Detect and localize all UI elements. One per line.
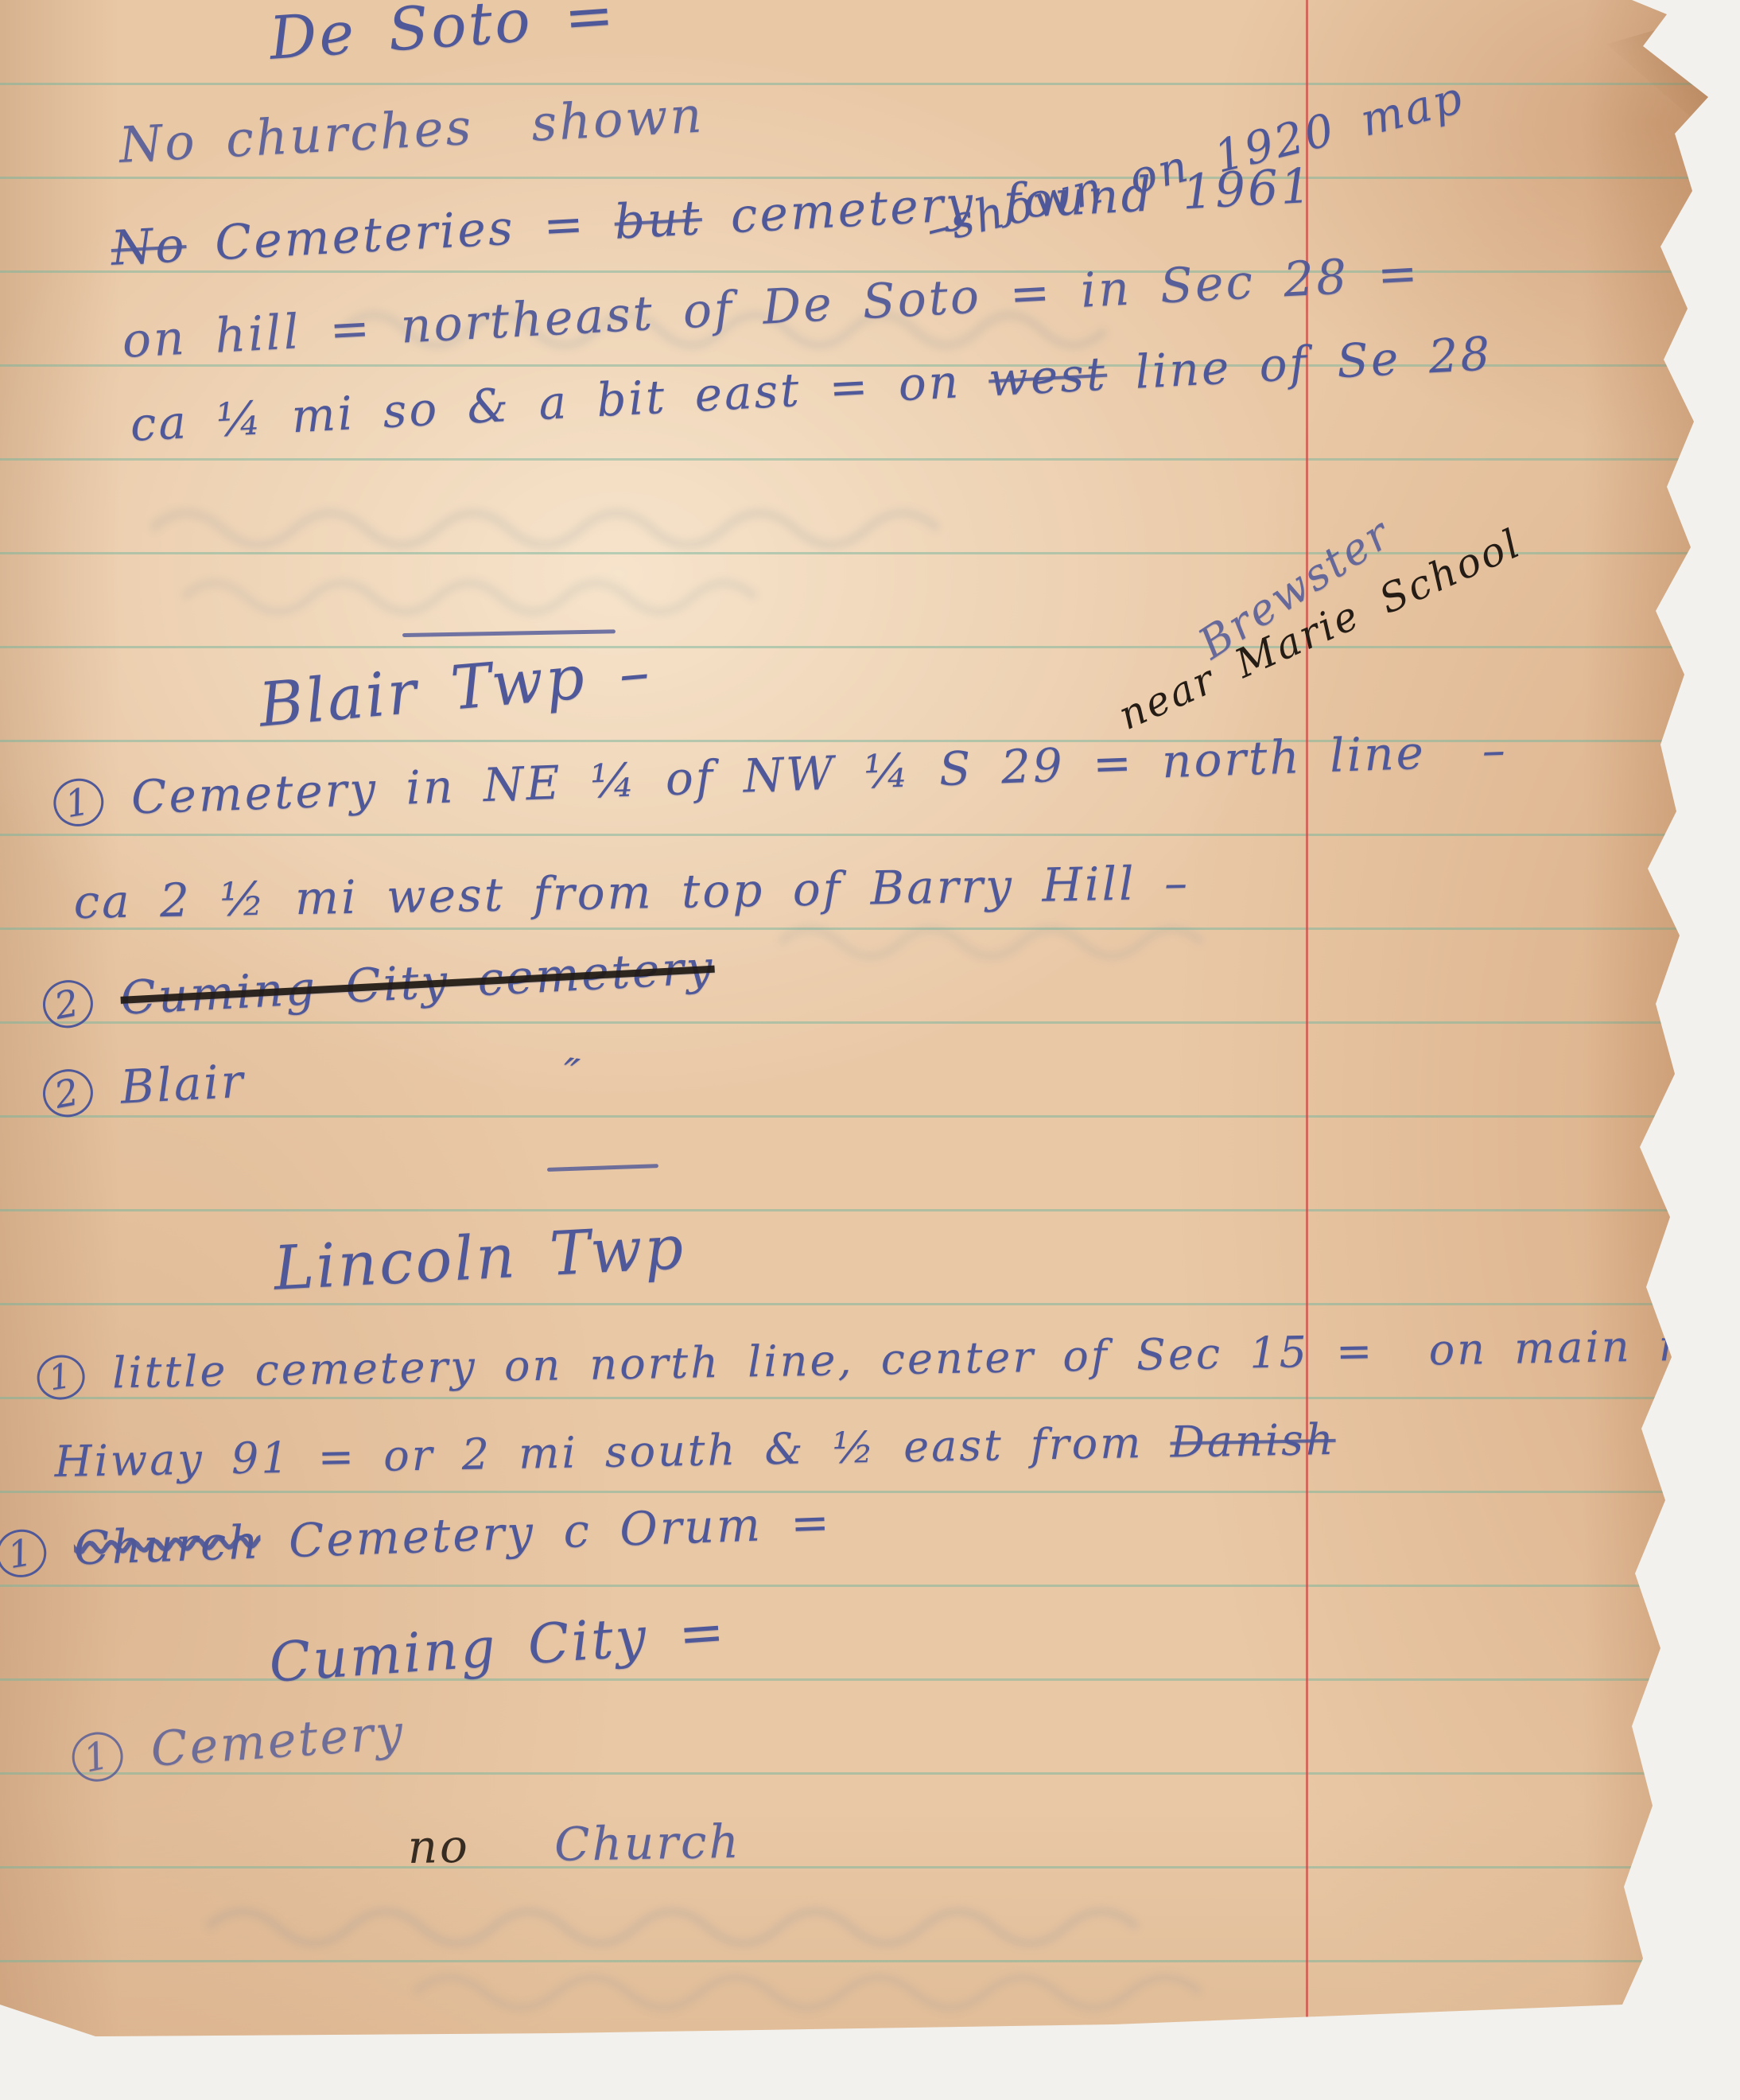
line-cuming-city-struck-seg-1 <box>91 971 122 1027</box>
bleed-through-ghost-text <box>151 501 1026 549</box>
line-no-church: no Church <box>407 1814 741 1874</box>
bleed-through-ghost-text <box>207 1900 1241 1947</box>
line-orum-cemetery-seg-1 <box>45 1522 75 1577</box>
line-cemeteries-found-seg-0: No <box>110 217 188 277</box>
line-cuming-cemetery-seg-0: 1 <box>68 1728 127 1787</box>
line-cuming-city-struck-seg-0: 2 <box>39 976 97 1032</box>
torn-edge-shading <box>1583 0 1718 2049</box>
bleed-through-ghost-text <box>183 570 899 617</box>
line-blair-cemetery-1-seg-0: 1 <box>50 775 107 830</box>
bleed-through-ghost-text <box>779 915 1352 962</box>
line-orum-cemetery-seg-2: Church <box>73 1515 262 1575</box>
paper-sheet: De Soto =No churches shown–shown on 1920… <box>0 0 1718 2049</box>
line-cemeteries-found-seg-2: but <box>613 190 704 251</box>
scanned-notebook-page: { "document": { "description": "Handwrit… <box>0 0 1740 2100</box>
line-quarter-mile-seg-1: west <box>987 347 1108 407</box>
line-blair-2: 2 Blair <box>41 1054 247 1118</box>
line-blair-2-seg-0: 2 <box>39 1065 97 1122</box>
line-hiway-seg-1: Danish <box>1170 1414 1336 1468</box>
line-no-church-seg-0: no <box>407 1819 470 1874</box>
line-orum-cemetery-seg-0: 1 <box>0 1526 50 1581</box>
bleed-through-ghost-text <box>414 1965 1328 2012</box>
line-no-church-seg-1: Church <box>469 1814 741 1873</box>
line-blair-2-seg-1: Blair <box>91 1054 247 1116</box>
red-margin-line <box>1306 0 1308 2049</box>
line-lincoln-cemetery-seg-0: 1 <box>34 1351 89 1403</box>
